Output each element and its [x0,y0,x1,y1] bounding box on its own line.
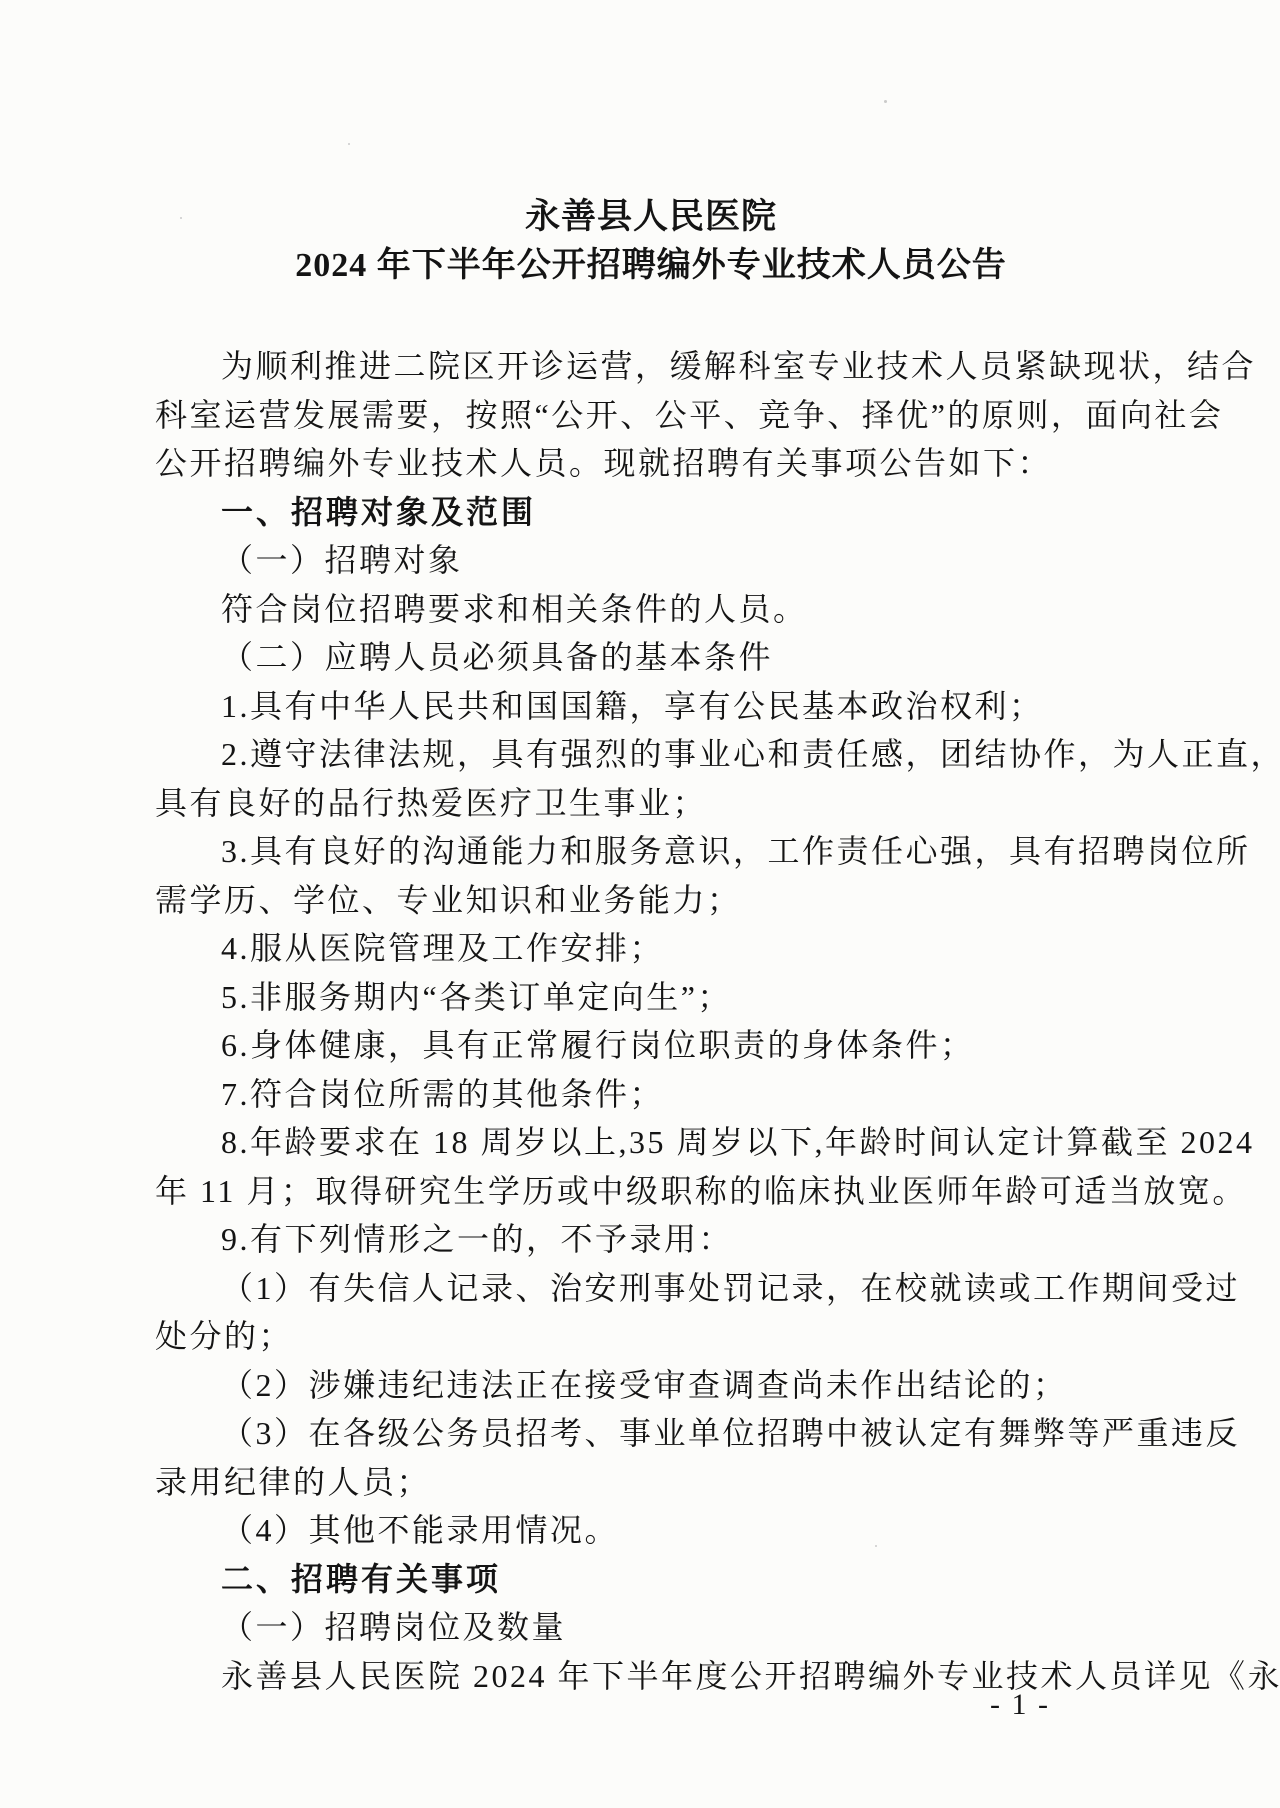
subsection-heading: （一）招聘岗位及数量 [155,1603,1147,1652]
scanned-document-page: 永善县人民医院 2024 年下半年公开招聘编外专业技术人员公告 为顺利推进二院区… [0,0,1280,1808]
section-heading-1: 一、招聘对象及范围 [155,488,1147,537]
list-item-continuation: 需学历、学位、专业知识和业务能力； [155,876,1147,925]
paragraph-line: 符合岗位招聘要求和相关条件的人员。 [155,585,1147,634]
list-item-continuation: 年 11 月；取得研究生学历或中级职称的临床执业医师年龄可适当放宽。 [155,1167,1147,1216]
document-subtitle: 2024 年下半年公开招聘编外专业技术人员公告 [155,241,1147,290]
sub-list-item: （3）在各级公务员招考、事业单位招聘中被认定有舞弊等严重违反 [155,1409,1147,1458]
paragraph-line: 公开招聘编外专业技术人员。现就招聘有关事项公告如下： [155,439,1147,488]
paragraph-line: 为顺利推进二院区开诊运营，缓解科室专业技术人员紧缺现状，结合 [155,342,1147,391]
list-item: 2.遵守法律法规，具有强烈的事业心和责任感，团结协作，为人正直， [155,730,1147,779]
sub-list-item: （4）其他不能录用情况。 [155,1506,1147,1555]
sub-list-item: （2）涉嫌违纪违法正在接受审查调查尚未作出结论的； [155,1361,1147,1410]
scan-speck [348,143,350,145]
list-item: 7.符合岗位所需的其他条件； [155,1070,1147,1119]
section-heading-2: 二、招聘有关事项 [155,1555,1147,1604]
list-item: 6.身体健康，具有正常履行岗位职责的身体条件； [155,1021,1147,1070]
document-body: 永善县人民医院 2024 年下半年公开招聘编外专业技术人员公告 为顺利推进二院区… [155,192,1147,1700]
list-item: 9.有下列情形之一的，不予录用： [155,1215,1147,1264]
subsection-heading: （一）招聘对象 [155,536,1147,585]
list-item: 1.具有中华人民共和国国籍，享有公民基本政治权利； [155,682,1147,731]
sub-list-item-continuation: 录用纪律的人员； [155,1458,1147,1507]
list-item: 8.年龄要求在 18 周岁以上,35 周岁以下,年龄时间认定计算截至 2024 [155,1118,1147,1167]
list-item-continuation: 具有良好的品行热爱医疗卫生事业； [155,779,1147,828]
sub-list-item-continuation: 处分的； [155,1312,1147,1361]
sub-list-item: （1）有失信人记录、治安刑事处罚记录，在校就读或工作期间受过 [155,1264,1147,1313]
page-number: - 1 - [990,1688,1050,1722]
subsection-heading: （二）应聘人员必须具备的基本条件 [155,633,1147,682]
list-item: 3.具有良好的沟通能力和服务意识，工作责任心强，具有招聘岗位所 [155,827,1147,876]
document-title: 永善县人民医院 [155,192,1147,241]
paragraph-line: 科室运营发展需要，按照“公开、公平、竞争、择优”的原则，面向社会 [155,391,1147,440]
list-item: 5.非服务期内“各类订单定向生”； [155,973,1147,1022]
scan-speck [884,100,887,103]
list-item: 4.服从医院管理及工作安排； [155,924,1147,973]
